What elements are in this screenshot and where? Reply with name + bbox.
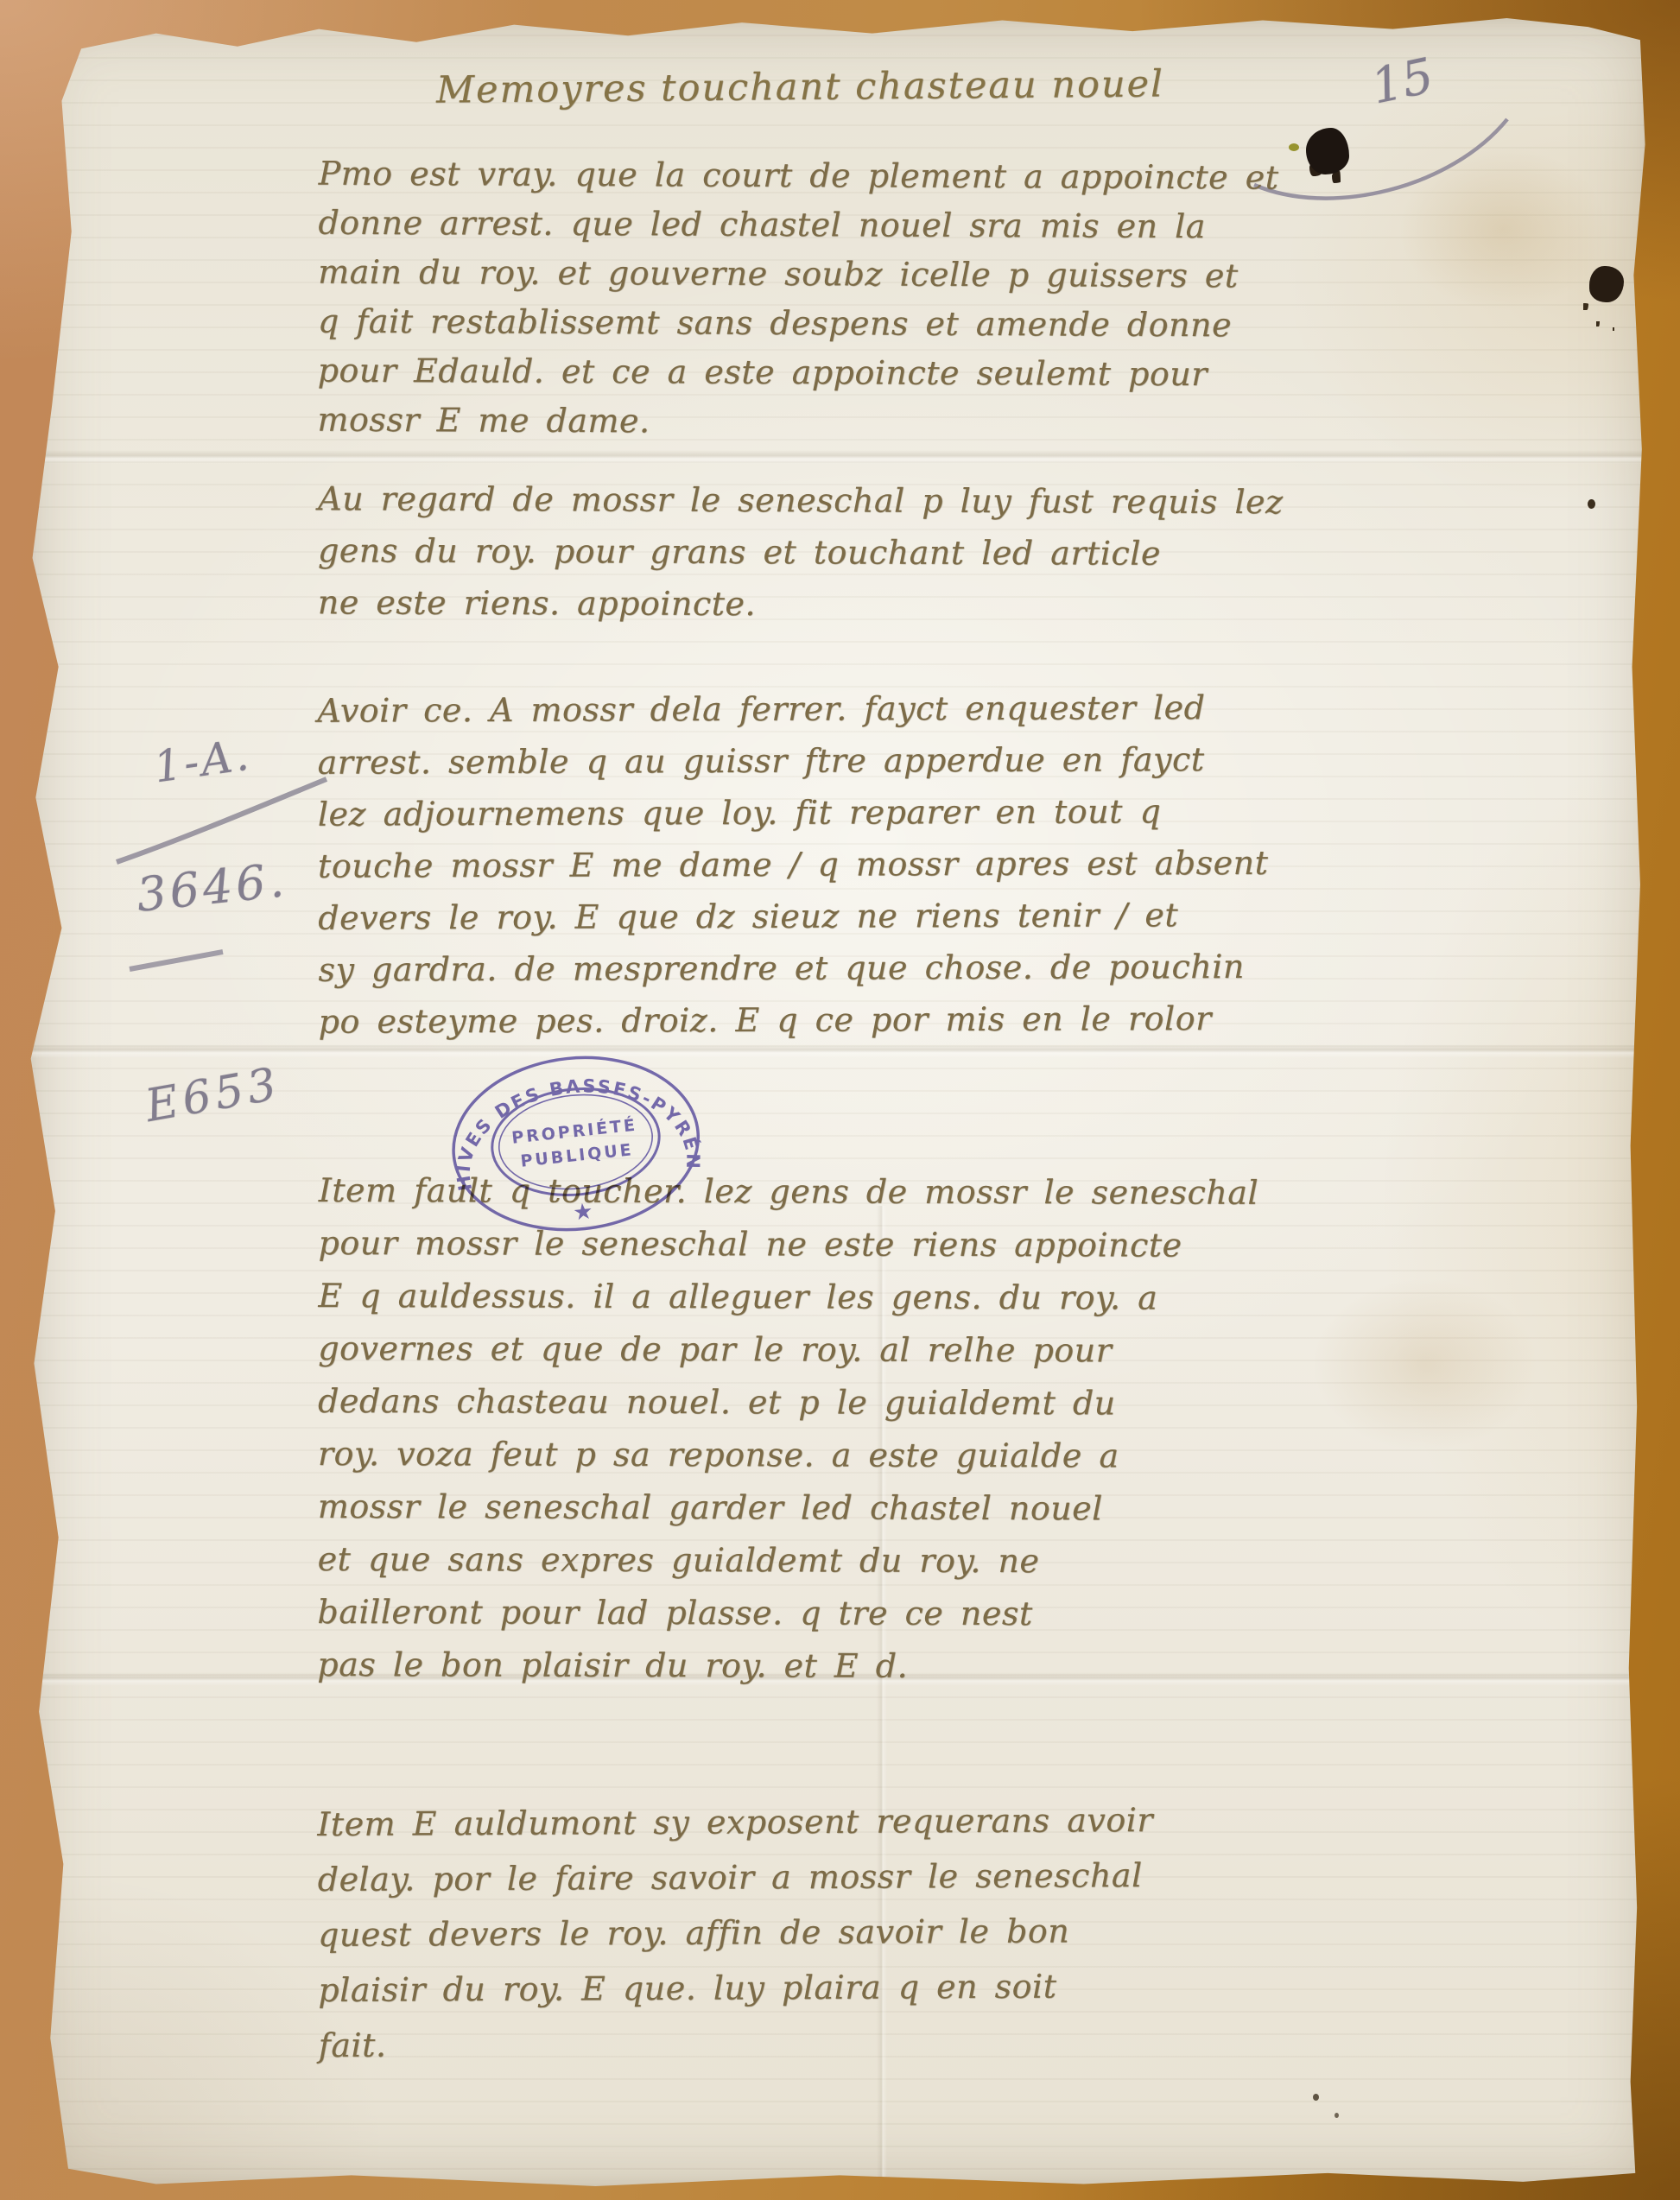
manuscript-line: Au regard de mossr le seneschal p luy fu…	[318, 472, 1652, 529]
manuscript-line: roy. voza feut p sa reponse. a este guia…	[318, 1428, 1652, 1484]
ink-speck	[1313, 2094, 1319, 2101]
manuscript-line: devers le roy. E que dz sieuz ne riens t…	[318, 887, 1652, 943]
manuscript-paragraph: Avoir ce. A mossr dela ferrer. fayct enq…	[317, 680, 1652, 1047]
manuscript-line: ne este riens. appoincte.	[318, 576, 1652, 632]
manuscript-line: fait.	[319, 2011, 1653, 2073]
paper-fleck	[1289, 143, 1299, 151]
manuscript-paragraph: Au regard de mossr le seneschal p luy fu…	[318, 472, 1653, 632]
manuscript-line: pour Edauld. et ce a este appoincte seul…	[318, 346, 1652, 402]
manuscript-line: bailleront pour lad plasse. q tre ce nes…	[317, 1586, 1651, 1642]
manuscript-line: plaisir du roy. E que. luy plaira q en s…	[318, 1956, 1652, 2018]
manuscript-line: Avoir ce. A mossr dela ferrer. fayct enq…	[317, 680, 1651, 736]
manuscript-paragraph: Pmo est vray. que la court de plement a …	[317, 149, 1652, 451]
ink-speck	[1588, 499, 1595, 509]
manuscript-line: dedans chasteau nouel. et p le guialdemt…	[318, 1375, 1652, 1431]
manuscript-line: mossr E me dame.	[317, 396, 1651, 451]
stamp-star-icon: ★	[572, 1198, 594, 1226]
manuscript-line: pas le bon plaisir du roy. et E d.	[317, 1639, 1651, 1695]
photograph-of-manuscript: Memoyres touchant chasteau nouel 15 1-A.…	[0, 0, 1680, 2200]
manuscript-line: arrest. semble q au guissr ftre apperdue…	[317, 732, 1651, 788]
manuscript-line: gens du roy. pour grans et touchant led …	[318, 524, 1652, 580]
manuscript-line: sy gardra. de mesprendre et que chose. d…	[318, 939, 1652, 995]
manuscript-line: donne arrest. que led chastel nouel sra …	[318, 199, 1652, 254]
manuscript-line: quest devers le roy. affin de savoir le …	[318, 1900, 1652, 1962]
ink-blot	[1306, 128, 1349, 174]
archive-stamp: ARCHIVES DES BASSES-PYRÉNÉES PROPRIÉTÉ P…	[433, 1033, 720, 1259]
manuscript-line: Pmo est vray. que la court de plement a …	[319, 149, 1653, 205]
manuscript-line: mossr le seneschal garder led chastel no…	[318, 1480, 1652, 1537]
manuscript-line: Item E auldumont sy exposent requerans a…	[317, 1790, 1651, 1852]
manuscript-line: et que sans expres guialdemt du roy. ne	[318, 1533, 1652, 1589]
page-title: Memoyres touchant chasteau nouel	[436, 62, 1164, 111]
manuscript-line: governes et que de par le roy. al relhe …	[318, 1322, 1652, 1379]
manuscript-line: E q auldessus. il a alleguer les gens. d…	[318, 1270, 1652, 1326]
manuscript-line: touche mossr E me dame / q mossr apres e…	[318, 835, 1652, 891]
ink-speck	[1334, 2113, 1339, 2118]
manuscript-paragraph: Item E auldumont sy exposent requerans a…	[317, 1790, 1653, 2073]
manuscript-line: delay. por le faire savoir a mossr le se…	[318, 1845, 1652, 1907]
manuscript-line: po esteyme pes. droiz. E q ce por mis en…	[319, 991, 1653, 1047]
manuscript-line: main du roy. et gouverne soubz icelle p …	[318, 248, 1652, 303]
manuscript-line: lez adjournemens que loy. fit reparer en…	[318, 783, 1652, 840]
manuscript-line: q fait restablissemt sans despens et ame…	[318, 297, 1652, 352]
